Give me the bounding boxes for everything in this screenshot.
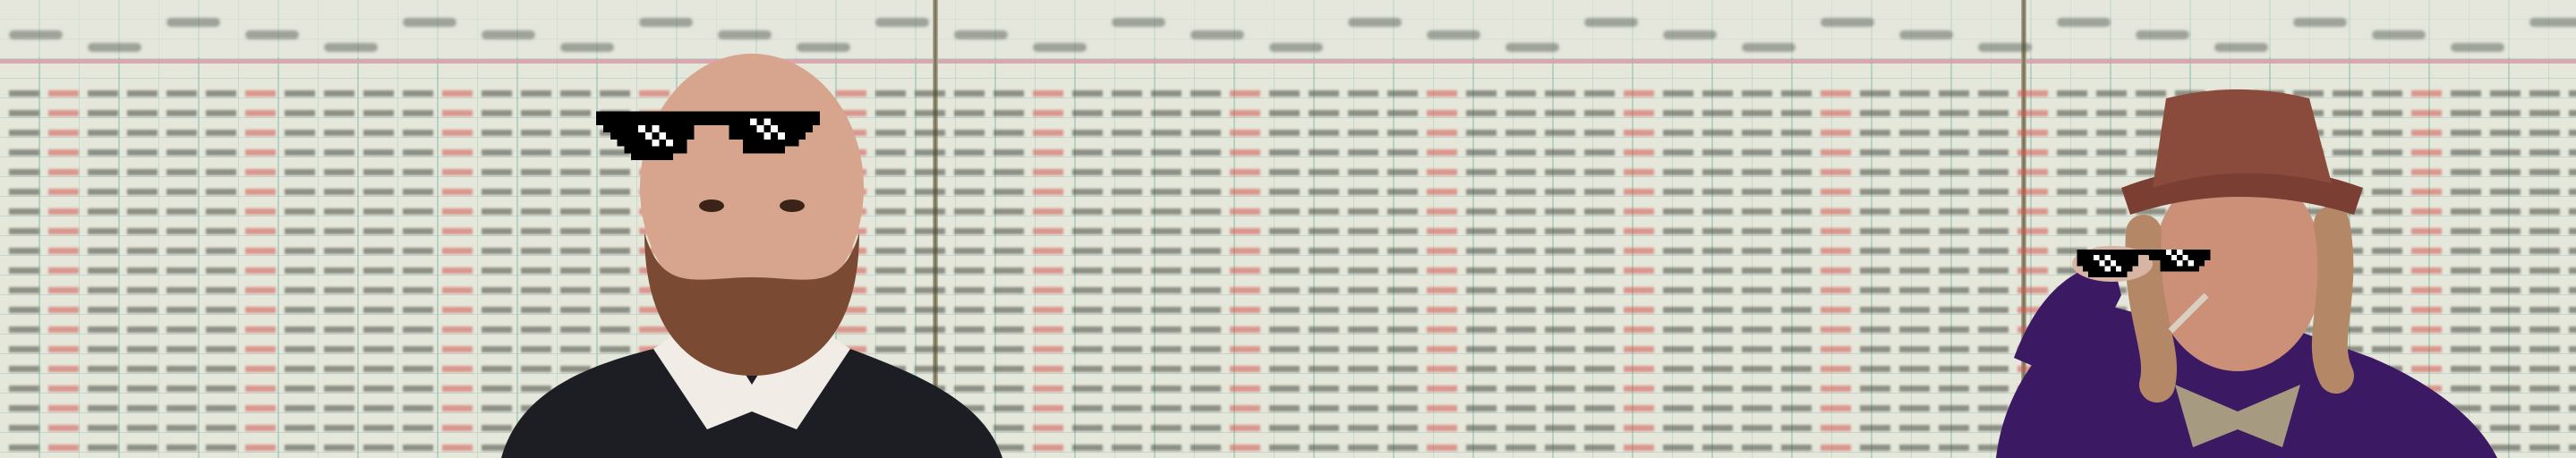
ledger-header-scribble: [166, 18, 220, 27]
ledger-header-scribble: [639, 18, 693, 27]
ledger-ink-column: [1151, 85, 1181, 458]
ledger-header-scribble: [1033, 43, 1087, 52]
ledger-header-scribble: [1742, 43, 1796, 52]
pixel-sunglasses-icon: [593, 98, 823, 167]
ledger-ink-column: [1545, 85, 1575, 458]
ledger-ink-column: [1939, 85, 1969, 458]
ledger-header-scribble: [2451, 43, 2504, 52]
ledger-ink-column: [363, 85, 394, 458]
ledger-header-scribble: [1427, 30, 1480, 39]
ledger-ink-column: [1742, 85, 1772, 458]
ledger-header-scribble: [2293, 18, 2347, 27]
ledger-header-scribble: [1348, 18, 1402, 27]
ledger-ink-column: [1427, 85, 1457, 458]
ledger-header-scribble: [2372, 30, 2426, 39]
ledger-header-scribble: [1899, 30, 1953, 39]
ledger-ink-column: [1072, 85, 1103, 458]
pixel-sunglasses-icon: [2077, 227, 2211, 283]
ledger-header-scribble: [875, 18, 929, 27]
ledger-ink-column: [1033, 85, 1063, 458]
ledger-ink-column: [206, 85, 236, 458]
ledger-header-scribble: [1821, 18, 1874, 27]
ledger-ink-column: [1348, 85, 1378, 458]
ledger-ink-column: [1821, 85, 1851, 458]
ledger-header-scribble: [482, 30, 535, 39]
ledger-ink-column: [1230, 85, 1260, 458]
ledger-header-scribble: [1506, 43, 1559, 52]
ledger-ink-column: [1112, 85, 1142, 458]
ledger-ink-column: [1387, 85, 1418, 458]
ledger-header-scribble: [2057, 18, 2111, 27]
ledger-header-scribble: [2529, 18, 2576, 27]
ledger-ink-column: [403, 85, 433, 458]
ledger-ink-column: [245, 85, 276, 458]
ledger-header-scribble: [1112, 18, 1165, 27]
ledger-ink-column: [88, 85, 118, 458]
ledger-header-scribble: [88, 43, 141, 52]
meme-banner: [0, 0, 2576, 458]
ledger-ink-column: [1860, 85, 1890, 458]
ledger-ink-column: [1624, 85, 1654, 458]
ledger-ink-column: [1190, 85, 1221, 458]
ledger-header-scribble: [718, 30, 772, 39]
ledger-ink-column: [1269, 85, 1300, 458]
ledger-header-scribble: [245, 30, 299, 39]
ledger-ink-column: [1663, 85, 1693, 458]
ledger-header-scribble: [2214, 43, 2268, 52]
ledger-ink-column: [442, 85, 473, 458]
ledger-header-scribble: [954, 30, 1008, 39]
ledger-ink-column: [127, 85, 158, 458]
ledger-header-scribble: [324, 43, 378, 52]
ledger-ink-column: [9, 85, 39, 458]
ledger-ink-column: [2529, 85, 2560, 458]
ledger-header-scribble: [560, 43, 614, 52]
ledger-ink-column: [166, 85, 197, 458]
ledger-header-scribble: [1190, 30, 1244, 39]
ledger-ink-column: [2569, 85, 2576, 458]
ledger-header-scribble: [1584, 18, 1638, 27]
ledger-ink-column: [1506, 85, 1536, 458]
ledger-header-scribble: [1978, 43, 2032, 52]
ledger-ink-column: [1584, 85, 1615, 458]
ledger-ink-column: [324, 85, 354, 458]
ledger-header-scribble: [1663, 30, 1717, 39]
ledger-ink-column: [1899, 85, 1930, 458]
ledger-ink-column: [285, 85, 315, 458]
ledger-red-rule: [0, 59, 2576, 64]
ledger-header-scribble: [2136, 30, 2189, 39]
ledger-ink-column: [1309, 85, 1339, 458]
ledger-header-scribble: [1269, 43, 1323, 52]
ledger-ink-column: [48, 85, 79, 458]
ledger-ink-column: [1781, 85, 1812, 458]
ledger-ink-column: [1702, 85, 1733, 458]
ledger-header-scribble: [797, 43, 850, 52]
person-top-hat-man: [1978, 89, 2515, 458]
ledger-header-scribble: [9, 30, 63, 39]
ledger-ink-column: [1466, 85, 1497, 458]
ledger-header-scribble: [403, 18, 456, 27]
